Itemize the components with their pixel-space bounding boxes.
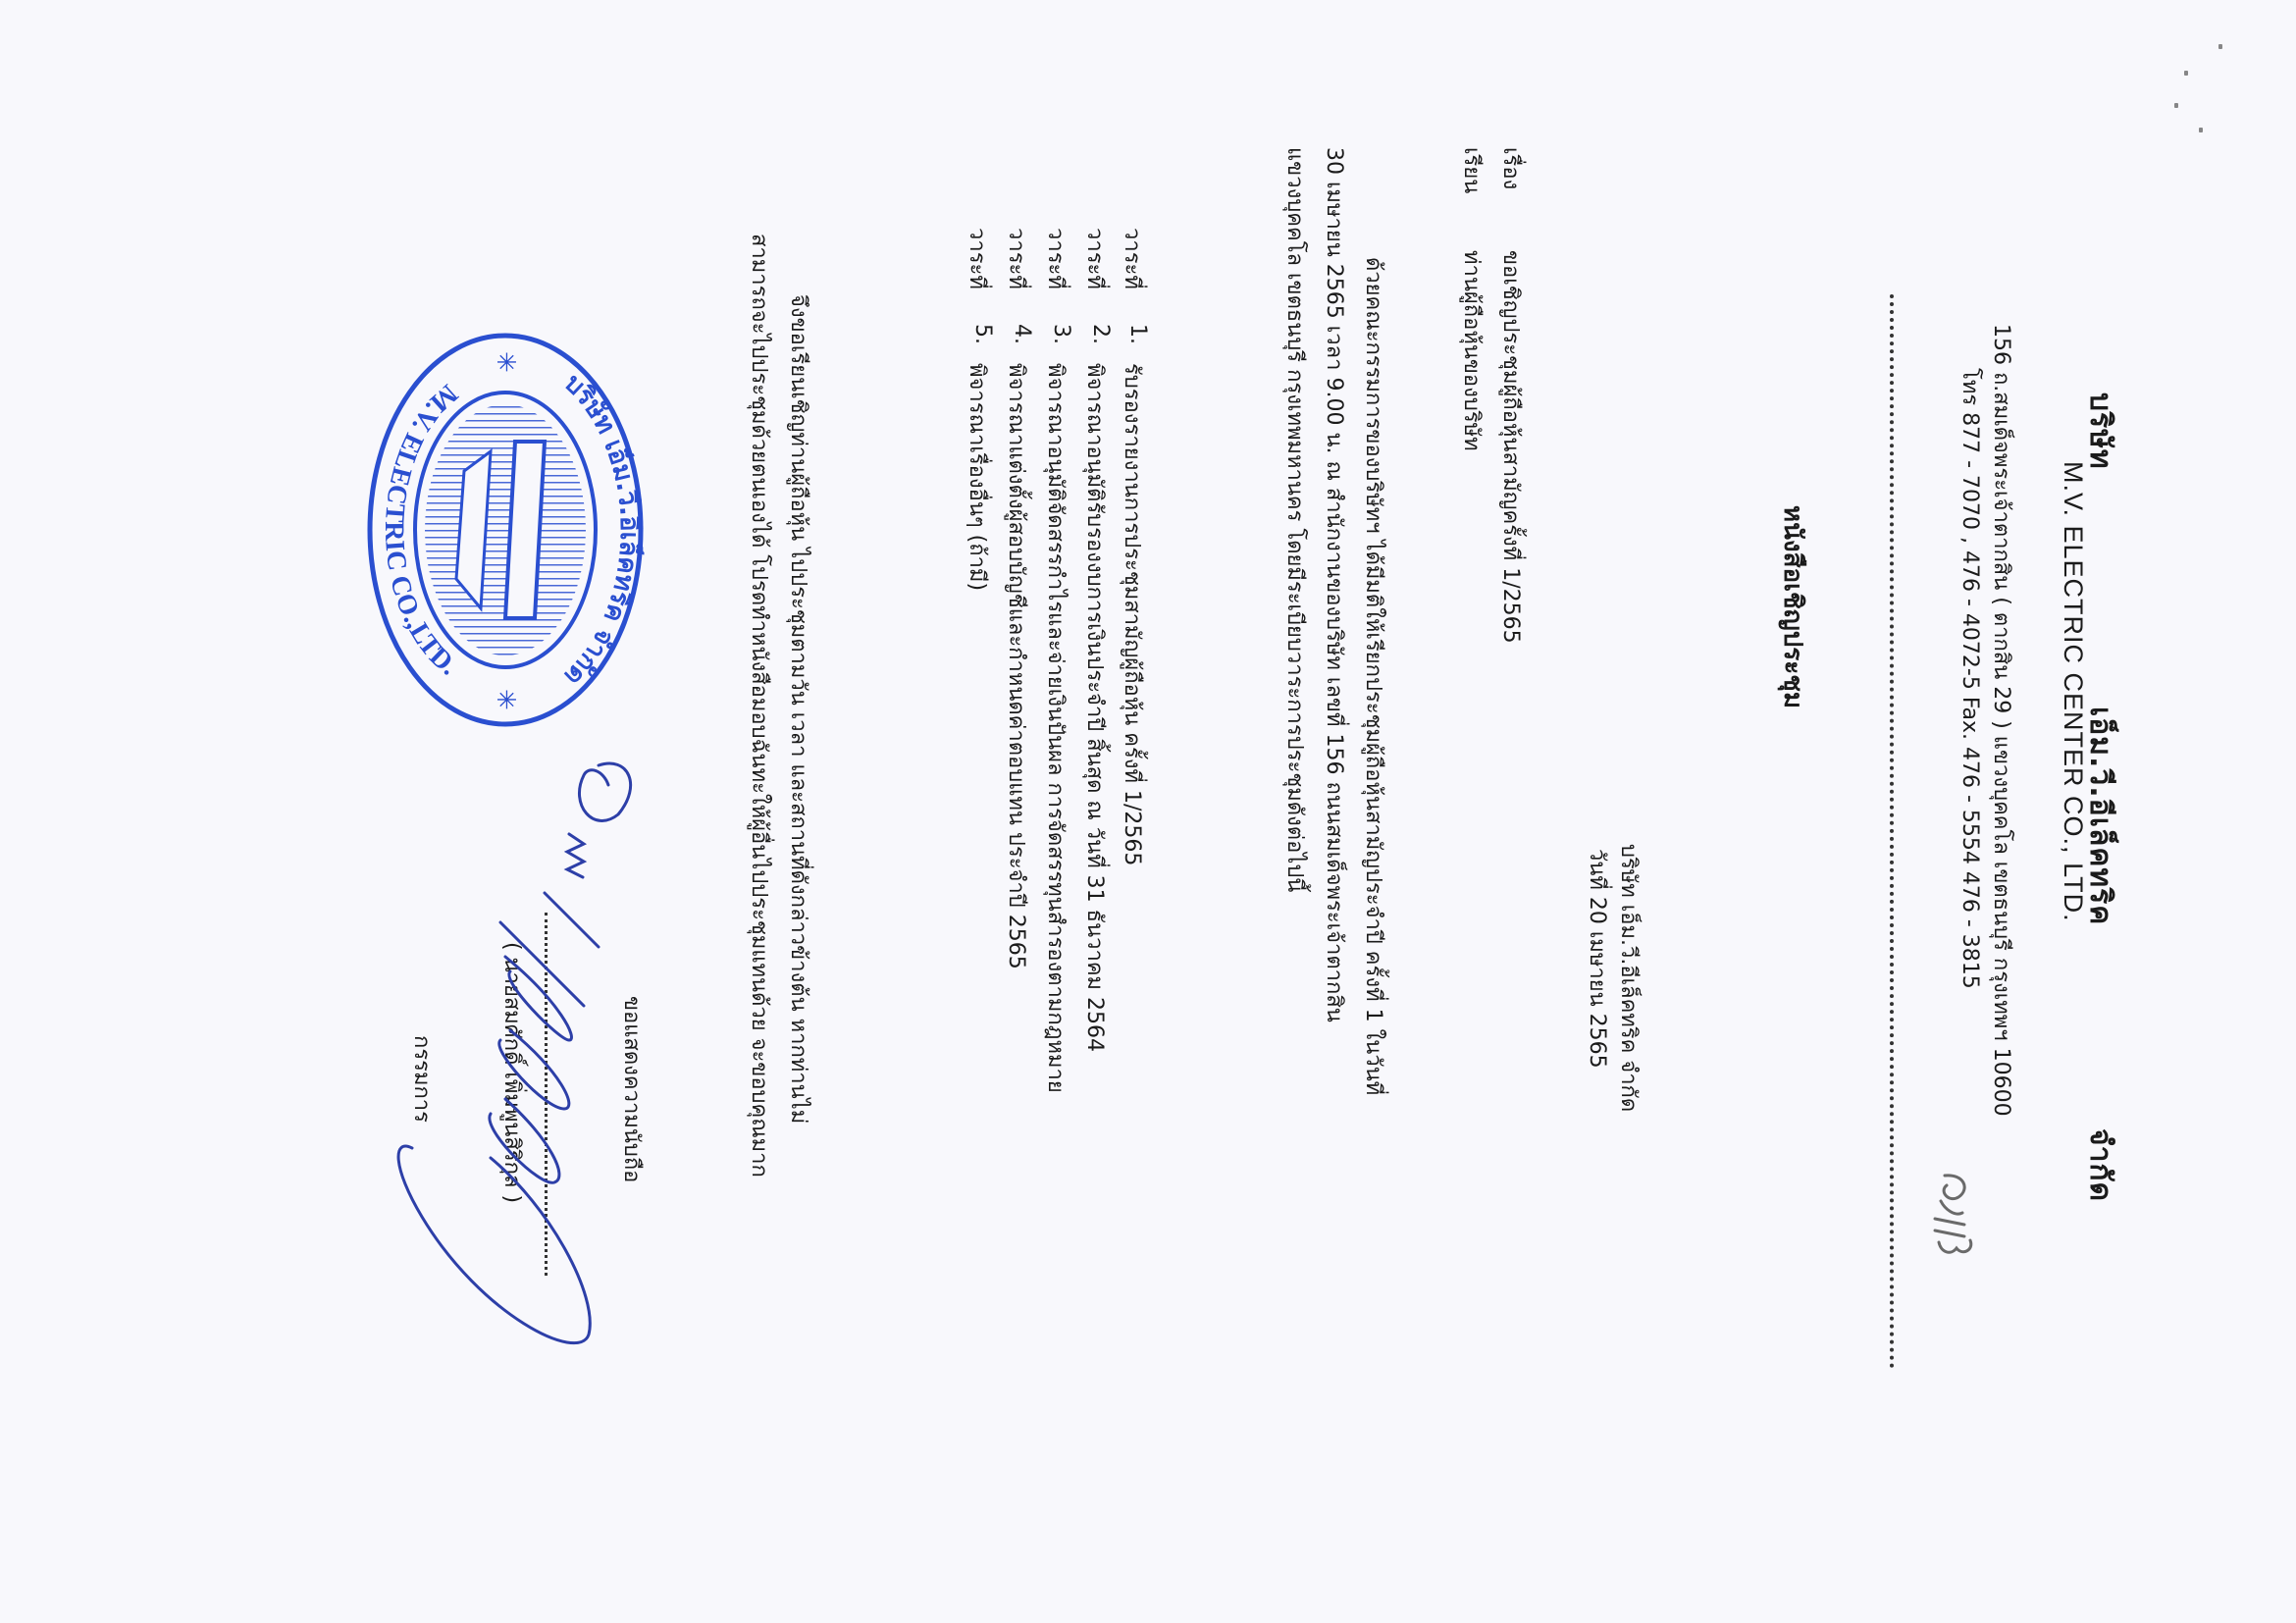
- scan-speck: [2184, 71, 2188, 76]
- handwritten-signature: [334, 746, 638, 1364]
- document-title: หนังสือเชิญประชุม: [1773, 505, 1813, 708]
- agenda-number: 1.: [1125, 324, 1150, 344]
- letter-date: วันที่ 20 เมษายน 2565: [1581, 849, 1615, 1069]
- closing-line: จึงขอเรียนเชิญท่านผู้ถือหุ้น ไปประชุมตาม…: [782, 294, 816, 1124]
- svg-text:✳: ✳: [491, 351, 520, 373]
- closing-line: สามารถจะไปประชุมด้วยตนเองได้ โปรดทำหนังส…: [743, 234, 777, 1178]
- letter-page: บริษัท เอ็ม.วี.อีเล็คทริค จำกัด M.V. ELE…: [0, 0, 2296, 1623]
- agenda-text: พิจารณาอนุมัติจัดสรรกำไรและจ่ายเงินปันผล…: [1039, 363, 1073, 1093]
- subject-value: ขอเชิญประชุมผู้ถือหุ้นสามัญครั้งที่ 1/25…: [1494, 250, 1529, 644]
- agenda-label: วาระที่: [1000, 228, 1034, 289]
- scanned-document-canvas: บริษัท เอ็ม.วี.อีเล็คทริค จำกัด M.V. ELE…: [0, 0, 2296, 1623]
- handwritten-note-mark: [1910, 1168, 1984, 1261]
- company-address: 156 ถ.สมเด็จพระเจ้าตากสิน ( ตากสิน 29 ) …: [1985, 324, 2019, 1117]
- body-line: ด้วยคณะกรรมการของบริษัทฯ ได้มีมติให้เรีย…: [1357, 257, 1391, 1095]
- agenda-label: วาระที่: [1116, 228, 1150, 289]
- scan-speck: [2199, 128, 2203, 132]
- letterhead-divider: [1890, 294, 1894, 1369]
- agenda-text: พิจารณาแต่งตั้งผู้สอบบัญชีและกำหนดค่าตอบ…: [1000, 363, 1034, 969]
- subject-label: เรื่อง: [1494, 147, 1529, 189]
- company-seal-stamp: บริษัท เอ็ม.วี.อีเล็คทริค จำกัด M.V. ELE…: [358, 324, 652, 736]
- company-prefix-th: บริษัท: [2077, 393, 2123, 470]
- company-phone-fax: โทร 877 - 7070 , 476 - 4072-5 Fax. 476 -…: [1954, 368, 1988, 989]
- agenda-number: 3.: [1049, 324, 1073, 344]
- svg-text:✳: ✳: [491, 689, 520, 710]
- sender-company: บริษัท เอ็ม.วี.อีเล็คทริค จำกัด: [1612, 844, 1646, 1112]
- recipient-label: เรียน: [1455, 147, 1489, 193]
- agenda-number: 5.: [970, 324, 995, 344]
- agenda-text: รับรองรายงานการประชุมสามัญผู้ถือหุ้น ครั…: [1116, 363, 1150, 865]
- body-line: 30 เมษายน 2565 เวลา 9.00 น. ณ สำนักงานขอ…: [1318, 147, 1352, 1022]
- agenda-number: 2.: [1088, 324, 1113, 344]
- agenda-label: วาระที่: [1039, 228, 1073, 289]
- agenda-label: วาระที่: [961, 228, 995, 289]
- scan-speck: [2218, 44, 2222, 49]
- body-line: แขวงบุคคโล เขตธนบุรี กรุงเทพมหานคร โดยมี…: [1278, 147, 1313, 892]
- company-name-en: M.V. ELECTRIC CENTER CO., LTD.: [2058, 461, 2088, 922]
- agenda-text: พิจารณาอนุมัติรับรองงบการเงินประจำปี สิ้…: [1078, 363, 1113, 1052]
- scan-speck: [2174, 103, 2178, 108]
- agenda-text: พิจารณาเรื่องอื่นๆ (ถ้ามี): [961, 363, 995, 591]
- agenda-label: วาระที่: [1078, 228, 1113, 289]
- agenda-number: 4.: [1010, 324, 1034, 344]
- company-suffix-th: จำกัด: [2077, 1128, 2123, 1202]
- recipient-value: ท่านผู้ถือหุ้นของบริษัท: [1455, 250, 1489, 451]
